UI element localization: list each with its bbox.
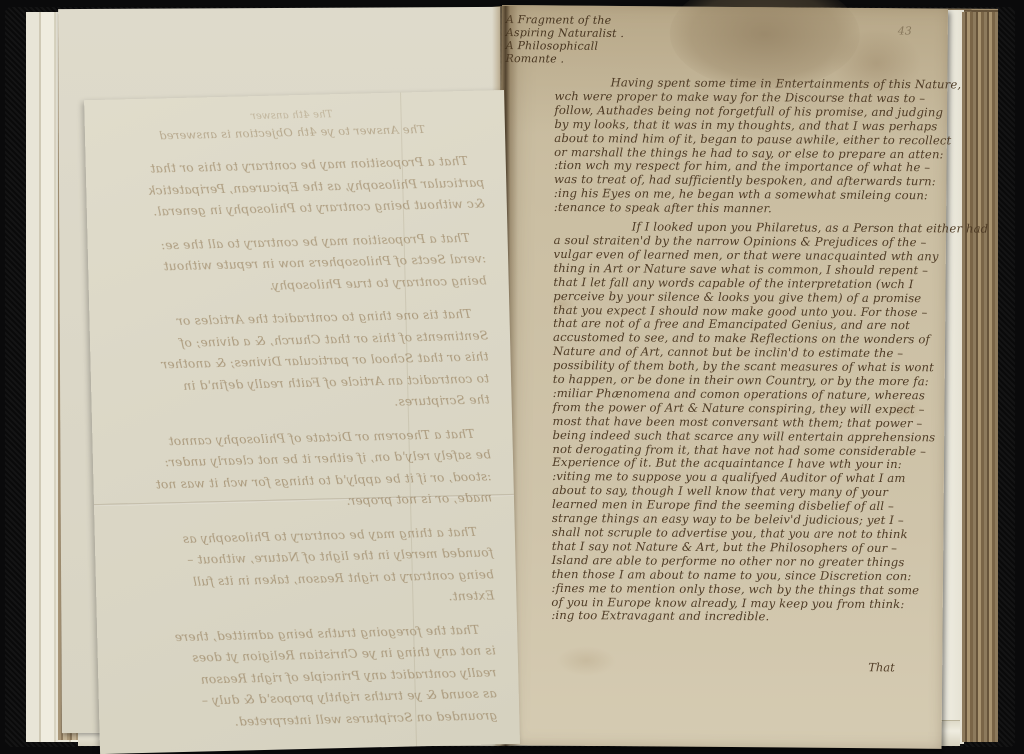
paragraph: That tis one thing to contradict the Art… (105, 303, 490, 420)
right-page: A Fragment of theAspiring Naturalist .A … (496, 5, 948, 749)
manuscript-title: A Fragment of theAspiring Naturalist .A … (505, 13, 675, 66)
show-through-header: The 4th answerThe Answer to ye 4th Objec… (100, 105, 483, 146)
text-line: :tenance to speak after this manner. (554, 201, 946, 217)
left-loose-sheet: The 4th answerThe Answer to ye 4th Objec… (84, 90, 520, 754)
paragraph: That a thing may be contrary to Philosop… (111, 521, 495, 616)
page-number: 43 (898, 24, 912, 37)
catchword: That (868, 660, 895, 674)
show-through-paragraphs: That a Proposition may be contrary to th… (102, 151, 498, 736)
paragraph: That a Theorem or Dictate of Philosophy … (108, 423, 492, 518)
paragraph: That a Proposition may be contrary to al… (103, 227, 486, 301)
foxing-spot (556, 645, 616, 676)
show-through-text: The 4th answerThe Answer to ye 4th Objec… (100, 105, 497, 748)
deckle-fore-edge (962, 12, 998, 742)
paragraph: Having spent some time in Entertainments… (554, 76, 947, 217)
text-line: :ing too Extravagant and incredible. (551, 609, 943, 625)
text-line: Romante . (505, 52, 675, 66)
photo-background: A Fragment of theAspiring Naturalist .A … (0, 0, 1024, 754)
manuscript-body-text: Having spent some time in Entertainments… (551, 76, 946, 631)
paragraph: That the foregoing truths being admitted… (113, 619, 498, 736)
paragraph: If I looked upon you Philaretus, as a Pe… (551, 220, 945, 626)
paragraph: That a Proposition may be contrary to th… (102, 151, 485, 225)
